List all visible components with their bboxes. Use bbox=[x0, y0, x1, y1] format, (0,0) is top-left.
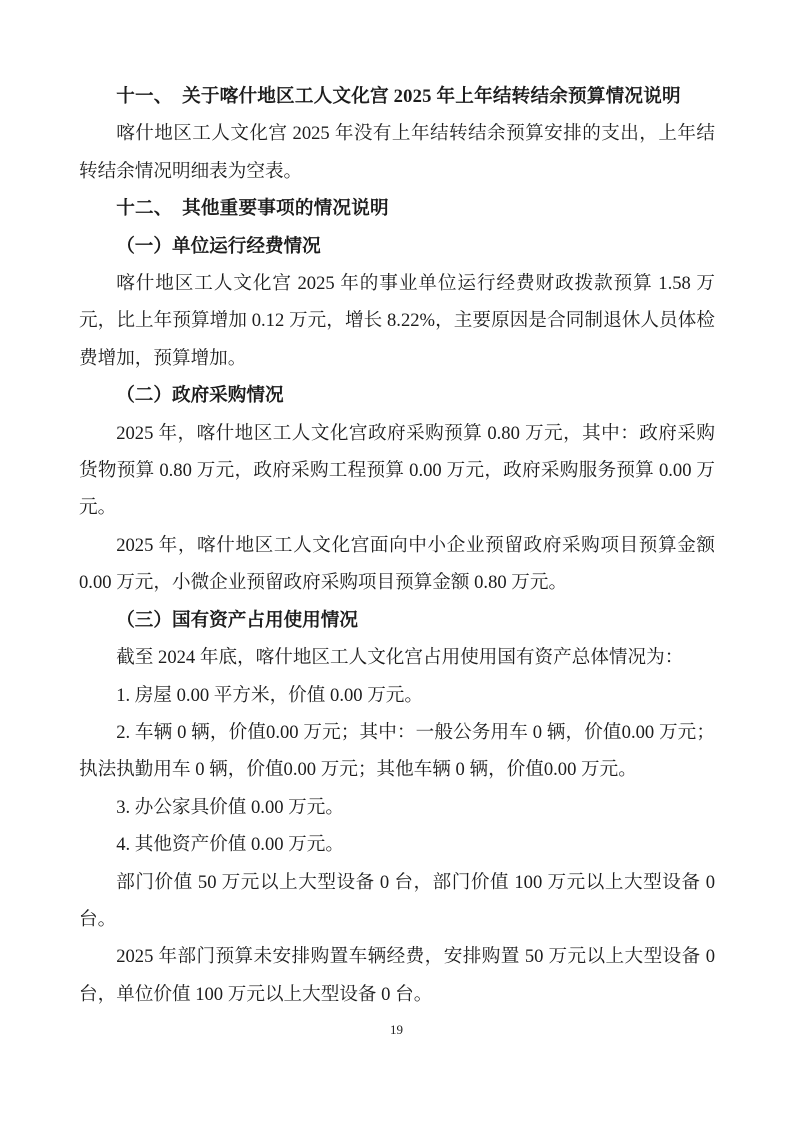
paragraph-procurement-sme: 2025 年，喀什地区工人文化宫面向中小企业预留政府采购项目预算金额 0.00 … bbox=[79, 527, 715, 602]
section-heading-11: 十一、 关于喀什地区工人文化宫 2025 年上年结转结余预算情况说明 bbox=[79, 78, 715, 115]
document-page: 十一、 关于喀什地区工人文化宫 2025 年上年结转结余预算情况说明 喀什地区工… bbox=[0, 0, 793, 1122]
paragraph-operating-cost: 喀什地区工人文化宫 2025 年的事业单位运行经费财政拨款预算 1.58 万元，… bbox=[79, 265, 715, 377]
document-body: 十一、 关于喀什地区工人文化宫 2025 年上年结转结余预算情况说明 喀什地区工… bbox=[79, 78, 715, 1013]
list-item-vehicles: 2. 车辆 0 辆，价值0.00 万元；其中：一般公务用车 0 辆，价值0.00… bbox=[79, 714, 715, 789]
subheading-state-assets: （三）国有资产占用使用情况 bbox=[79, 602, 715, 639]
paragraph-equipment-purchase-plan: 2025 年部门预算未安排购置车辆经费，安排购置 50 万元以上大型设备 0 台… bbox=[79, 938, 715, 1013]
paragraph-procurement-total: 2025 年，喀什地区工人文化宫政府采购预算 0.80 万元，其中：政府采购货物… bbox=[79, 415, 715, 527]
paragraph-large-equipment: 部门价值 50 万元以上大型设备 0 台，部门价值 100 万元以上大型设备 0… bbox=[79, 864, 715, 939]
subheading-procurement: （二）政府采购情况 bbox=[79, 377, 715, 414]
paragraph-assets-overview: 截至 2024 年底，喀什地区工人文化宫占用使用国有资产总体情况为： bbox=[79, 639, 715, 676]
paragraph-carryover: 喀什地区工人文化宫 2025 年没有上年结转结余预算安排的支出，上年结转结余情况… bbox=[79, 115, 715, 190]
page-number: 19 bbox=[0, 1022, 793, 1038]
list-item-housing: 1. 房屋 0.00 平方米，价值 0.00 万元。 bbox=[79, 677, 715, 714]
subheading-operating-cost: （一）单位运行经费情况 bbox=[79, 228, 715, 265]
section-heading-12: 十二、 其他重要事项的情况说明 bbox=[79, 190, 715, 227]
list-item-furniture: 3. 办公家具价值 0.00 万元。 bbox=[79, 789, 715, 826]
list-item-other-assets: 4. 其他资产价值 0.00 万元。 bbox=[79, 826, 715, 863]
